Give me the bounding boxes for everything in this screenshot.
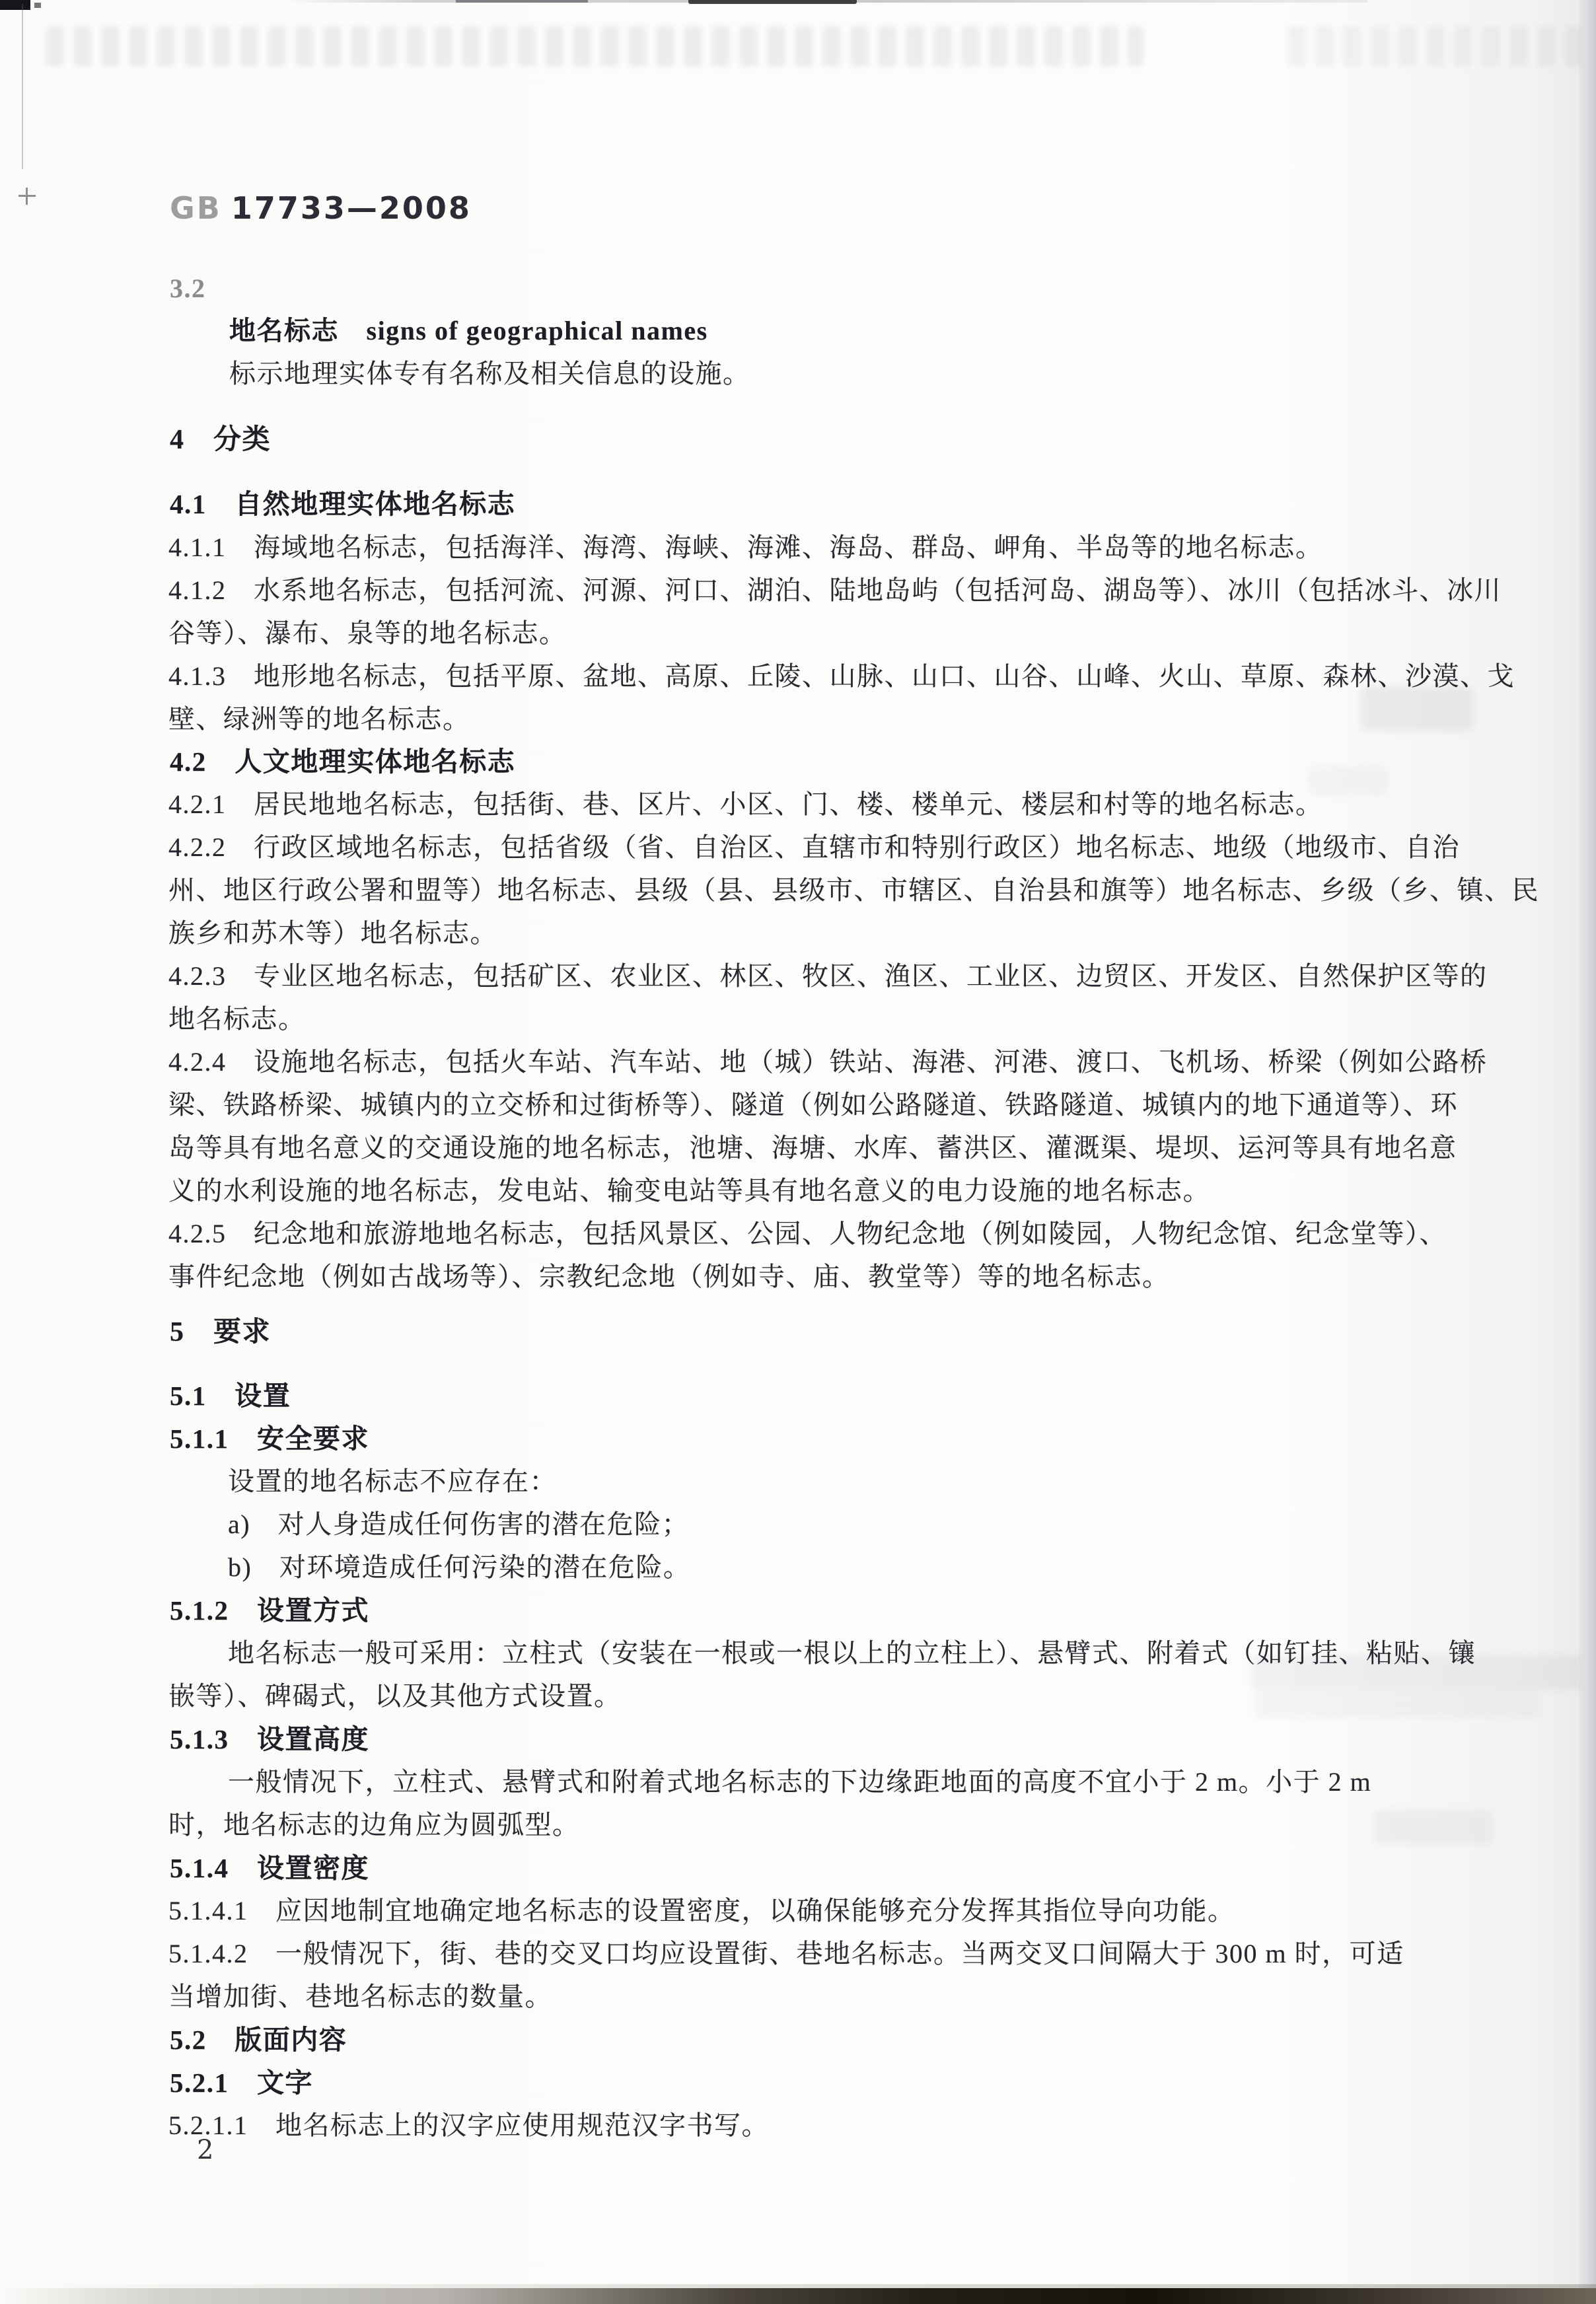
text-line: 4.2.1 居民地地名标志，包括街、巷、区片、小区、门、楼、楼单元、楼层和村等的… [168, 789, 1323, 820]
scan-corner-mark [0, 0, 30, 10]
text-line: 标示地理实体专有名称及相关信息的设施。 [229, 359, 750, 389]
text-line: 5.2.1.1 地名标志上的汉字应使用规范汉字书写。 [168, 2110, 769, 2141]
text-line: 4.2.4 设施地名标志，包括火车站、汽车站、地（城）铁站、海港、河港、渡口、飞… [168, 1047, 1488, 1077]
scan-corner-dot [34, 3, 41, 8]
text-line: 5.1.4.2 一般情况下，街、巷的交叉口均应设置街、巷地名标志。当两交叉口间隔… [168, 1939, 1404, 1969]
heading-line: 5.2 版面内容 [170, 2025, 347, 2056]
text-line: 4.2.3 专业区地名标志，包括矿区、农业区、林区、牧区、渔区、工业区、边贸区、… [168, 961, 1488, 991]
heading-line: 5.1.3 设置高度 [170, 1724, 369, 1755]
standard-code-number: 17733—2008 [231, 190, 472, 226]
text-line: 4.2.5 纪念地和旅游地地名标志，包括风景区、公园、人物纪念地（例如陵园，人物… [168, 1219, 1447, 1249]
heading-line: 4.1 自然地理实体地名标志 [170, 489, 515, 520]
scan-ghost-blob [1361, 687, 1473, 731]
scan-ghost-text-band-right [1288, 26, 1592, 66]
text-line: 时，地名标志的边角应为圆弧型。 [168, 1810, 580, 1840]
scan-ghost-blob [1374, 1810, 1493, 1844]
text-line: 5.1.4.1 应因地制宜地确定地名标志的设置密度，以确保能够充分发挥其指位导向… [168, 1896, 1235, 1926]
text-line: 梁、铁路桥梁、城镇内的立交桥和过街桥等）、隧道（例如公路隧道、铁路隧道、城镇内的… [168, 1090, 1458, 1120]
heading-line: 5.1.4 设置密度 [170, 1853, 369, 1884]
registration-cross-mark [18, 188, 36, 205]
text-line: 4.1.1 海域地名标志，包括海洋、海湾、海峡、海滩、海岛、群岛、岬角、半岛等的… [168, 532, 1323, 563]
text-line: 州、地区行政公署和盟等）地名标志、县级（县、县级市、市辖区、自治县和旗等）地名标… [168, 875, 1539, 906]
text-line: 一般情况下，立柱式、悬臂式和附着式地名标志的下边缘距地面的高度不宜小于 2 m。… [228, 1767, 1371, 1797]
text-line: 岛等具有地名意义的交通设施的地名标志，池塘、海塘、水库、蓄洪区、灌溉渠、堤坝、运… [168, 1133, 1457, 1163]
heading-line: 5.1.2 设置方式 [170, 1595, 369, 1626]
standard-code-header: GB17733—2008 [170, 190, 472, 226]
text-line: a) 对人身造成任何伤害的潜在危险； [228, 1509, 689, 1540]
heading-line: 4 分类 [170, 424, 271, 456]
heading-line: 4.2 人文地理实体地名标志 [170, 746, 515, 777]
heading-line: 3.2 [170, 273, 206, 304]
text-line: 义的水利设施的地名标志，发电站、输变电站等具有地名意义的电力设施的地名标志。 [168, 1176, 1210, 1206]
text-line: 4.1.3 地形地名标志，包括平原、盆地、高原、丘陵、山脉、山口、山谷、山峰、火… [168, 661, 1515, 692]
text-line: 事件纪念地（例如古战场等）、宗教纪念地（例如寺、庙、教堂等）等的地名标志。 [168, 1262, 1170, 1292]
page-number: 2 [197, 2135, 213, 2165]
text-line: 族乡和苏木等）地名标志。 [168, 918, 497, 949]
text-line: 壁、绿洲等的地名标志。 [168, 704, 470, 735]
scan-top-edge-dark-segment2 [456, 0, 588, 3]
scan-ghost-text-band [46, 26, 1143, 66]
text-line: 地名标志。 [168, 1004, 306, 1034]
scan-ghost-blob [1255, 1691, 1539, 1717]
scan-fold-line [22, 4, 23, 169]
scan-top-edge-dark-segment [688, 0, 857, 4]
text-line: 谷等）、瀑布、泉等的地名标志。 [168, 618, 567, 649]
text-line: 4.2.2 行政区域地名标志，包括省级（省、自治区、直辖市和特别行政区）地名标志… [168, 832, 1460, 863]
scan-right-edge-strip [1579, 0, 1596, 2304]
text-line: b) 对环境造成任何污染的潜在危险。 [228, 1552, 690, 1583]
text-line: 当增加街、巷地名标志的数量。 [168, 1982, 552, 2012]
scan-bottom-edge-strip [0, 2288, 1596, 2304]
heading-line: 5.1 设置 [170, 1381, 291, 1412]
text-line: 嵌等）、碑碣式，以及其他方式设置。 [168, 1681, 622, 1711]
text-line: 地名标志一般可采用：立柱式（安装在一根或一根以上的立柱上）、悬臂式、附着式（如钉… [228, 1638, 1476, 1669]
heading-line: 地名标志 signs of geographical names [229, 316, 708, 346]
heading-line: 5.2.1 文字 [170, 2068, 313, 2099]
text-line: 设置的地名标志不应存在： [228, 1466, 557, 1497]
standard-code-prefix: GB [170, 190, 222, 226]
heading-line: 5 要求 [170, 1316, 271, 1348]
text-line: 4.1.2 水系地名标志，包括河流、河源、河口、湖泊、陆地岛屿（包括河岛、湖岛等… [168, 575, 1502, 606]
document-page: GB17733—2008 3.2地名标志 signs of geographic… [0, 0, 1596, 2304]
heading-line: 5.1.1 安全要求 [170, 1423, 369, 1455]
